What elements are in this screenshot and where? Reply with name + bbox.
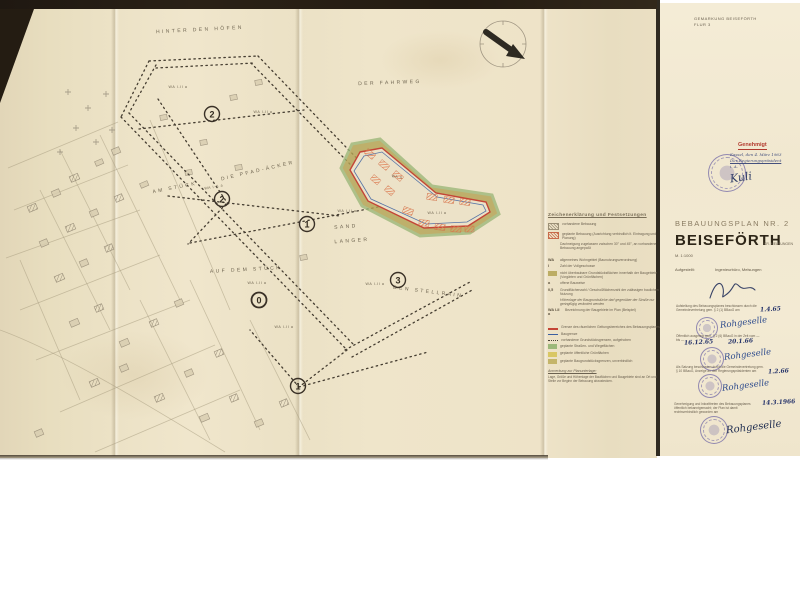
streets-swatch (548, 344, 557, 349)
ratio-symbol: 0,5 (548, 288, 557, 296)
approval-handwriting: Kassel, den 4. März 1963 Der Regierungsp… (730, 152, 781, 187)
gemarkung-note: GEMARKUNG BEISEFÖRTH FLUR 3 (694, 16, 757, 28)
legend-note: Höhenlage der Baugrundstücke darf gegenü… (548, 298, 664, 306)
scan-bottom-edge (0, 455, 548, 460)
district-name: KR. MELSUNGEN (764, 242, 793, 246)
legend-item: nicht überbaubare Grundstücksflächen inn… (548, 271, 664, 279)
approval-signature: Kuli (729, 169, 753, 188)
blue-line-swatch (548, 334, 558, 335)
open-construction-symbol: a (548, 281, 557, 286)
legend-item: vorhandene Bebauung (548, 222, 664, 230)
green-space-swatch (548, 352, 557, 357)
procedure-date: 16.12.65 (684, 338, 714, 347)
mayor-signature: Rohgeselle (720, 315, 768, 331)
legend-item: Baugrenze (548, 332, 664, 336)
procedure-date: 1.2.66 (768, 367, 789, 375)
procedure-date: 20.1.66 (728, 337, 753, 345)
mayor-signature: Rohgeselle (724, 347, 772, 363)
plot-boundary-swatch (548, 359, 557, 364)
legend-note-body: Lage, Größe und Höhenlage der Bauflächen… (548, 375, 664, 383)
legend-item: WAallgemeines Wohngebiet (Baunutzungsver… (548, 258, 664, 263)
planner-signature-squiggle (705, 274, 760, 306)
legend-item: geplante Straßen- und Wegeflächen (548, 344, 664, 350)
fold-crease (295, 8, 303, 456)
procedure-date: 14.3.1966 (762, 398, 796, 407)
planner-firm: Ingenieurbüro, Melsungen (715, 267, 761, 272)
zone-example-symbol: WA I-II a (548, 308, 562, 317)
legend-note-header: Anmerkung zur Planunterlage: (548, 369, 664, 373)
procedure-entry-text: Aufstellung des Bebauungsplanes beschlos… (676, 304, 758, 312)
legend-item: aoffene Bauweise (548, 281, 664, 286)
mayor-signature: Rohgeselle (722, 378, 770, 394)
scanned-development-plan: HINTER DEN HÖFEN DER FAHRWEG DIE PFAD-ÄC… (0, 0, 800, 600)
scan-paper: HINTER DEN HÖFEN DER FAHRWEG DIE PFAD-ÄC… (0, 0, 800, 462)
plan-title: BEBAUUNGSPLAN NR. 2 (675, 219, 799, 228)
scan-top-border (0, 0, 657, 9)
legend-item: WA I-II aBezeichnung der Baugebiete im P… (548, 308, 664, 317)
dotted-line-swatch (548, 340, 558, 341)
legend-item: Grenze des räumlichen Geltungsbereiches … (548, 325, 664, 330)
legend-item: IZahl der Vollgeschosse (548, 264, 664, 269)
fold-crease (540, 8, 548, 456)
legend-header: Zeichenerklärung und Festsetzungen (548, 213, 664, 218)
municipal-seal (700, 416, 728, 444)
legend-item: geplante Baugrundstücksgrenzen, unverbin… (548, 359, 664, 365)
mayor-signature: Rohgeselle (726, 419, 783, 437)
legend-item: geplante Bebauung (Ausrichtung verbindli… (548, 232, 664, 240)
legend: Zeichenerklärung und Festsetzungen vorha… (548, 213, 664, 383)
legend-item: 0,5Grundflächenzahl / Geschoßflächenzahl… (548, 288, 664, 296)
existing-building-swatch (548, 223, 559, 230)
title-block: GEMARKUNG BEISEFÖRTH FLUR 3 Genehmigt Ka… (660, 0, 800, 460)
procedure-entry-text: Genehmigung und Inkrafttreten des Bebauu… (674, 402, 758, 414)
storeys-symbol: I (548, 264, 557, 269)
legend-item: vorhandene Grundstücksgrenzen, aufgehobe… (548, 338, 664, 342)
map-scale: M. 1:1000 (675, 253, 693, 258)
fold-crease (111, 8, 119, 456)
planned-building-swatch (548, 232, 559, 239)
procedure-entry-text: Als Satzung beschlossen durch die Gemein… (676, 365, 764, 373)
municipal-seal (698, 374, 722, 398)
wa-symbol: WA (548, 258, 557, 263)
aufgestellt-label: Aufgestellt: (675, 267, 695, 272)
red-line-swatch (548, 328, 558, 330)
town-name: BEISEFÖRTH (675, 232, 782, 249)
legend-item: geplante öffentliche Grünflächen (548, 351, 664, 357)
band-swatch (548, 271, 557, 276)
procedure-date: 1.4.65 (760, 305, 781, 313)
legend-item: Dachneigung zugelassen zwischen 30° und … (548, 242, 664, 250)
genehmigt-stamp-text: Genehmigt (738, 142, 767, 150)
